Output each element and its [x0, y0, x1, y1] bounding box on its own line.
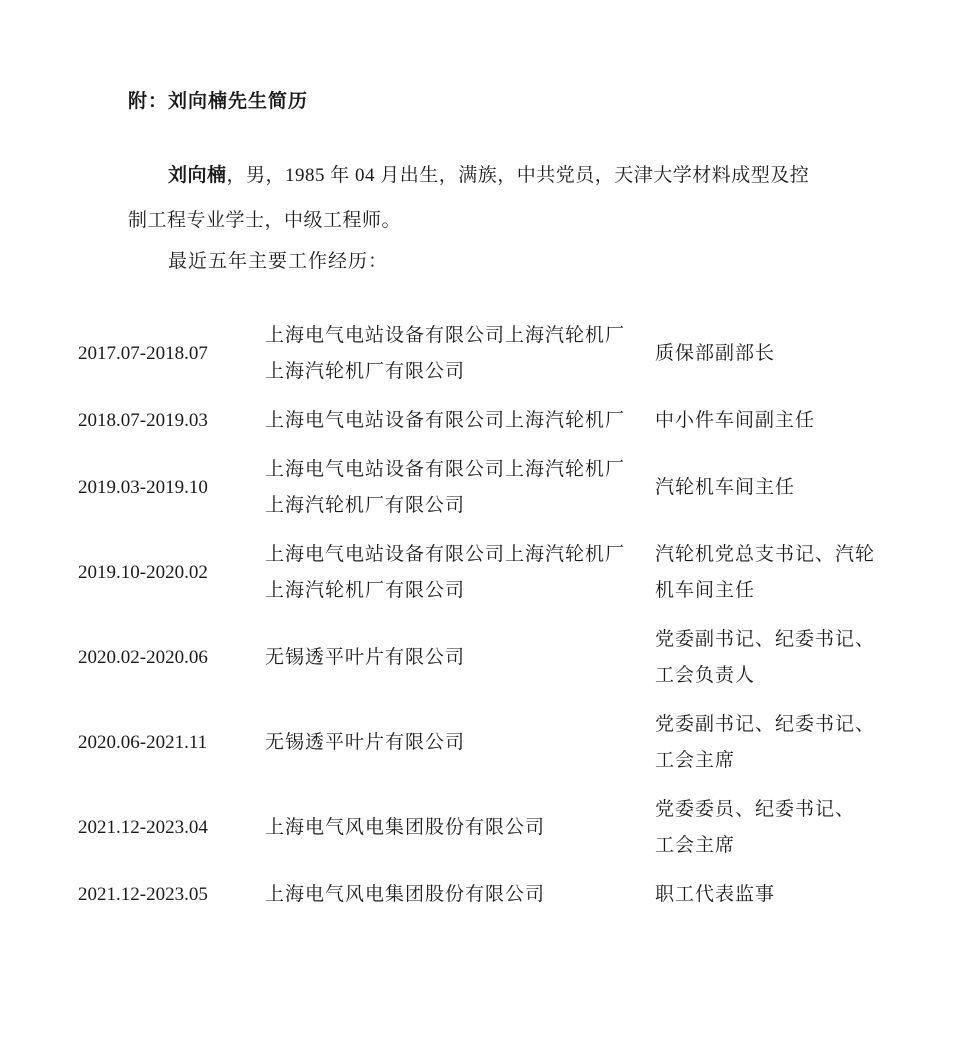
experience-period: 2019.10-2020.02: [78, 555, 265, 591]
experience-row: 2018.07-2019.03 上海电气电站设备有限公司上海汽轮机厂 中小件车间…: [78, 403, 890, 439]
experience-row: 2020.02-2020.06 无锡透平叶片有限公司 党委副书记、纪委书记、 工…: [78, 622, 890, 694]
experience-row: 2017.07-2018.07 上海电气电站设备有限公司上海汽轮机厂 上海汽轮机…: [78, 318, 890, 390]
experience-position: 党委副书记、纪委书记、 工会负责人: [655, 622, 890, 694]
experience-row: 2021.12-2023.04 上海电气风电集团股份有限公司 党委委员、纪委书记…: [78, 792, 890, 864]
experience-company: 上海电气电站设备有限公司上海汽轮机厂 上海汽轮机厂有限公司: [265, 537, 655, 609]
experience-period: 2019.03-2019.10: [78, 470, 265, 506]
person-name: 刘向楠: [168, 165, 227, 186]
experience-period: 2021.12-2023.05: [78, 877, 265, 913]
experience-company: 上海电气风电集团股份有限公司: [265, 810, 655, 846]
experience-period: 2020.06-2021.11: [78, 725, 265, 761]
experience-table: 2017.07-2018.07 上海电气电站设备有限公司上海汽轮机厂 上海汽轮机…: [78, 318, 890, 926]
experience-position: 职工代表监事: [655, 877, 890, 913]
experience-company: 无锡透平叶片有限公司: [265, 640, 655, 676]
resume-document-page: 附：刘向楠先生简历 刘向楠，男，1985 年 04 月出生，满族，中共党员，天津…: [0, 0, 965, 1051]
intro-text: ，男，1985 年 04 月出生，满族，中共党员，天津大学材料成型及控 制工程专…: [128, 165, 809, 231]
section-heading-work-experience: 最近五年主要工作经历：: [168, 246, 388, 273]
experience-row: 2021.12-2023.05 上海电气风电集团股份有限公司 职工代表监事: [78, 877, 890, 913]
experience-period: 2020.02-2020.06: [78, 640, 265, 676]
experience-position: 党委委员、纪委书记、 工会主席: [655, 792, 890, 864]
experience-company: 上海电气电站设备有限公司上海汽轮机厂 上海汽轮机厂有限公司: [265, 318, 655, 390]
experience-position: 中小件车间副主任: [655, 403, 890, 439]
experience-company: 上海电气风电集团股份有限公司: [265, 877, 655, 913]
experience-position: 汽轮机车间主任: [655, 470, 890, 506]
experience-period: 2017.07-2018.07: [78, 336, 265, 372]
intro-paragraph: 刘向楠，男，1985 年 04 月出生，满族，中共党员，天津大学材料成型及控 制…: [128, 153, 884, 243]
experience-position: 汽轮机党总支书记、汽轮 机车间主任: [655, 537, 890, 609]
experience-row: 2019.03-2019.10 上海电气电站设备有限公司上海汽轮机厂 上海汽轮机…: [78, 452, 890, 524]
experience-row: 2019.10-2020.02 上海电气电站设备有限公司上海汽轮机厂 上海汽轮机…: [78, 537, 890, 609]
experience-company: 上海电气电站设备有限公司上海汽轮机厂: [265, 403, 655, 439]
experience-period: 2021.12-2023.04: [78, 810, 265, 846]
experience-row: 2020.06-2021.11 无锡透平叶片有限公司 党委副书记、纪委书记、 工…: [78, 707, 890, 779]
experience-period: 2018.07-2019.03: [78, 403, 265, 439]
experience-company: 上海电气电站设备有限公司上海汽轮机厂 上海汽轮机厂有限公司: [265, 452, 655, 524]
experience-position: 质保部副部长: [655, 336, 890, 372]
document-title: 附：刘向楠先生简历: [128, 86, 308, 113]
experience-company: 无锡透平叶片有限公司: [265, 725, 655, 761]
experience-position: 党委副书记、纪委书记、 工会主席: [655, 707, 890, 779]
